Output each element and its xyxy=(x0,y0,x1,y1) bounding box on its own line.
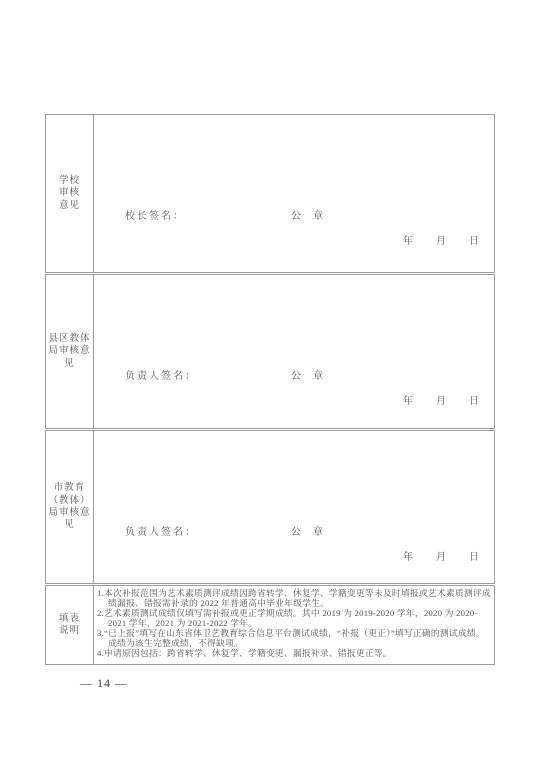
school-review-label: 学校 审核 意见 xyxy=(46,115,94,272)
official-seal-label: 公 章 xyxy=(291,367,324,382)
responsible-person-signature-label: 负责人签名： xyxy=(125,367,197,382)
note-item-3: 3.“已上报”填写在山东省体卫艺教育综合信息平台测试成绩，“补报（更正）”填写正… xyxy=(97,628,491,648)
note-item-2: 2.艺术素质测试成绩仅填写需补报或更正学期成绩。其中 2019 为 2019-2… xyxy=(97,608,491,628)
official-seal-label: 公 章 xyxy=(291,207,324,222)
date-line: 年 月 日 xyxy=(403,548,480,563)
county-bureau-review-content: 负责人签名： 公 章 年 月 日 xyxy=(94,275,494,428)
note-item-1: 1.本次补报范围为艺术素质测评成绩因跨省转学、休复学、学籍变更等未及时填报或艺术… xyxy=(97,588,491,608)
date-line: 年 月 日 xyxy=(403,392,480,407)
note-item-4: 4.申请原因包括：跨省转学、休复学、学籍变更、漏报补录、错报更正等。 xyxy=(97,648,491,658)
school-review-content: 校长签名： 公 章 年 月 日 xyxy=(94,115,494,272)
review-row-county-bureau: 县区教体 局审核意 见 负责人签名： 公 章 年 月 日 xyxy=(45,274,495,429)
city-bureau-review-content: 负责人签名： 公 章 年 月 日 xyxy=(94,431,494,583)
city-bureau-review-label: 市教育 （教体） 局审核意 见 xyxy=(46,431,94,583)
document-page: 学校 审核 意见 校长签名： 公 章 年 月 日 县区教体 局审核意 见 负责人… xyxy=(0,0,540,763)
page-number: — 14 — xyxy=(80,676,128,691)
form-notes-row: 填表 说明 1.本次补报范围为艺术素质测评成绩因跨省转学、休复学、学籍变更等未及… xyxy=(45,585,495,665)
form-notes-content: 1.本次补报范围为艺术素质测评成绩因跨省转学、休复学、学籍变更等未及时填报或艺术… xyxy=(94,586,494,664)
review-row-city-bureau: 市教育 （教体） 局审核意 见 负责人签名： 公 章 年 月 日 xyxy=(45,430,495,584)
principal-signature-label: 校长签名： xyxy=(125,207,185,222)
form-notes-label: 填表 说明 xyxy=(46,586,94,664)
date-line: 年 月 日 xyxy=(403,232,480,247)
official-seal-label: 公 章 xyxy=(291,523,324,538)
review-form-table: 学校 审核 意见 校长签名： 公 章 年 月 日 县区教体 局审核意 见 负责人… xyxy=(45,114,495,665)
review-row-school: 学校 审核 意见 校长签名： 公 章 年 月 日 xyxy=(45,114,495,273)
responsible-person-signature-label: 负责人签名： xyxy=(125,523,197,538)
county-bureau-review-label: 县区教体 局审核意 见 xyxy=(46,275,94,428)
